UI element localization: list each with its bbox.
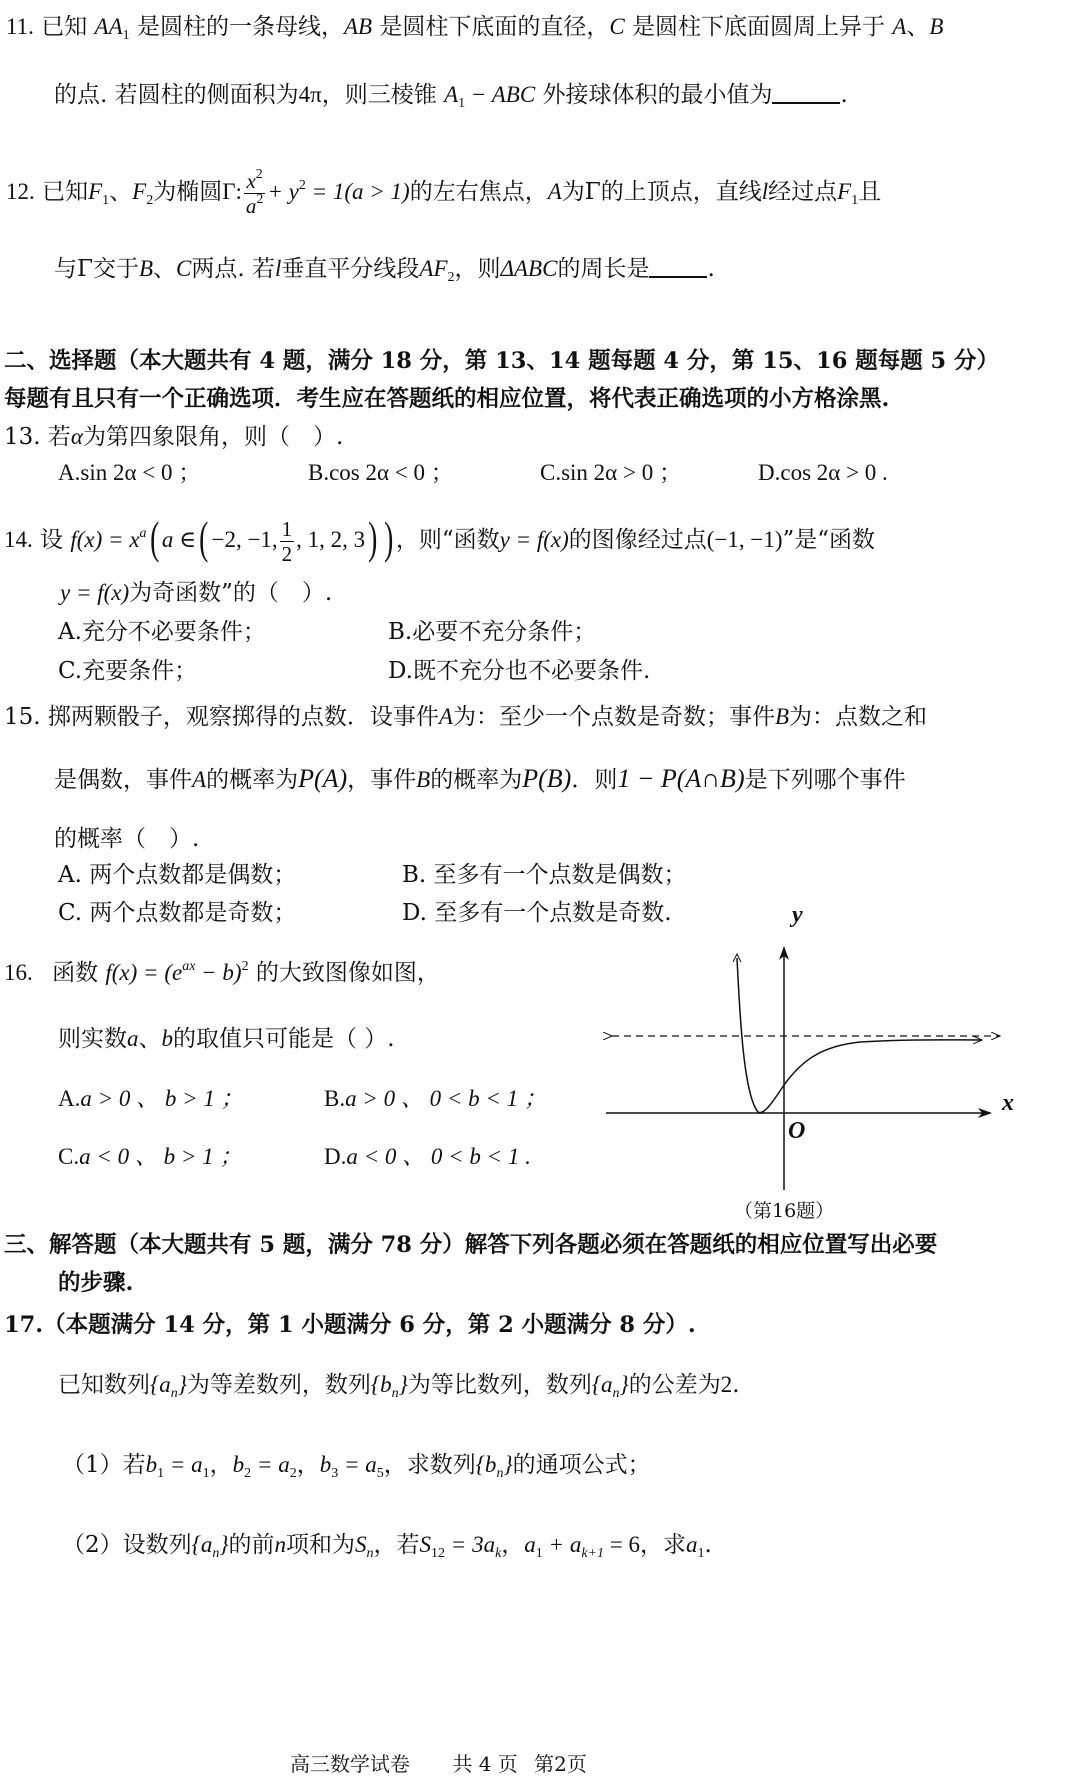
exam-title: 高三数学试卷 [290, 1752, 410, 1776]
q13-option-a[interactable]: A.sin 2α < 0 ； [58, 458, 201, 488]
answer-blank[interactable] [772, 80, 840, 104]
q15-line2: 是偶数，事件A的概率为P(A)，事件B的概率为P(B)．则1 − P(A∩B)是… [54, 764, 906, 795]
math-b: b [320, 1452, 332, 1477]
text: ”是“函数 [783, 527, 876, 553]
math-B: B [416, 767, 430, 792]
subscript: n [613, 1386, 620, 1401]
text: 则实数 [58, 1026, 127, 1052]
function-curve [737, 958, 982, 1113]
subscript: 1 [536, 1546, 543, 1561]
math-gamma: Γ [222, 179, 235, 204]
math-a: a [524, 1532, 536, 1557]
text: 15. 掷两颗骰子，观察掷得的点数．设事件 [4, 704, 439, 730]
q12-line1: 12. 已知F1、F2为椭圆Γ:x2a2+ y2 = 1(a > 1)的左右焦点… [6, 162, 881, 222]
origin-label: O [788, 1118, 805, 1145]
option-text: 必要不充分条件； [412, 619, 596, 645]
math-set: a ∈ [162, 527, 196, 552]
q12-line2: 与Γ交于B、C两点. 若l垂直平分线段AF2，则ΔABC的周长是. [54, 254, 715, 284]
superscript: 2 [299, 178, 306, 193]
option-text: sin 2α < 0 ； [80, 460, 201, 485]
denominator: 2 [280, 541, 295, 566]
text: : [235, 179, 241, 204]
math-AF: AF [419, 256, 447, 281]
math-a: = a [164, 1452, 203, 1477]
text: 为：点数之和 [789, 704, 927, 730]
text: . [707, 256, 714, 282]
option-label: D. [324, 1144, 346, 1169]
math-x: x [246, 169, 255, 193]
math-a: a [686, 1532, 698, 1557]
math-F: F [837, 179, 851, 204]
question-number: 14. [4, 527, 33, 552]
math-A: A [548, 179, 562, 204]
math-1-PAB: 1 − P(A∩B) [617, 764, 744, 793]
superscript: 2 [256, 167, 263, 182]
math-brace: } [219, 1532, 228, 1557]
q14-option-b[interactable]: B.必要不充分条件； [388, 617, 596, 647]
q15-line3: 的概率（ ）. [54, 824, 199, 854]
text: （1）若 [62, 1452, 146, 1478]
text: 的前 [229, 1532, 275, 1558]
text: 两点. 若 [191, 256, 275, 282]
y-axis-label: y [792, 902, 803, 929]
text: 为椭圆 [153, 179, 222, 205]
math-point: (−1, −1) [707, 527, 783, 552]
text: 的左右焦点， [410, 179, 548, 205]
text: 函数 [52, 960, 98, 986]
q13-option-d[interactable]: D.cos 2α > 0 . [758, 458, 888, 488]
q15-option-c[interactable]: C. 两个点数都是奇数； [58, 898, 296, 928]
math-a: a [127, 1026, 139, 1051]
math-b: b [162, 1026, 174, 1051]
page-footer: 高三数学试卷 共 4 页 第2页 [290, 1748, 623, 1777]
text: （2）设数列 [62, 1532, 192, 1558]
math-n: n [275, 1532, 287, 1557]
section2-instructions: 每题有且只有一个正确选项．考生应在答题纸的相应位置，将代表正确选项的小方格涂黑. [4, 384, 889, 414]
text: 为等比数列，数列 [408, 1372, 592, 1398]
x-axis-label: x [1002, 1090, 1014, 1117]
math-C: C [176, 256, 191, 281]
q17-part1: （1）若b1 = a1，b2 = a2，b3 = a5，求数列{bn}的通项公式… [62, 1450, 651, 1480]
math-B: B [775, 704, 789, 729]
text: 是圆柱下底面的直径， [372, 14, 609, 40]
text: 、 [906, 14, 929, 40]
numerator: 1 [280, 517, 295, 541]
function-graph [590, 900, 1030, 1240]
text: 已知 [42, 179, 88, 205]
q14-option-d[interactable]: D.既不充分也不必要条件. [388, 656, 650, 686]
text: . [704, 1532, 711, 1558]
q14-option-a[interactable]: A.充分不必要条件； [58, 617, 266, 647]
math-seq-b: {b [476, 1452, 497, 1477]
math-F: F [88, 179, 102, 204]
math-seq-a: {a [150, 1372, 171, 1397]
q11-line2: 的点. 若圆柱的侧面积为4π，则三棱锥 A1 − ABC 外接球体积的最小值为. [54, 80, 848, 110]
subscript: n [171, 1386, 178, 1401]
text: 、 [139, 1026, 162, 1052]
subscript: 2 [448, 270, 455, 285]
text: 为：至少一个点数是奇数；事件 [453, 704, 775, 730]
text: 的取值只可能是（ ）. [173, 1026, 395, 1052]
q14-line2: y = f(x)为奇函数”的（ ）. [60, 578, 332, 608]
superscript: 2 [256, 192, 263, 207]
text: ， [501, 1532, 524, 1558]
text: 外接球体积的最小值为 [535, 82, 772, 108]
math-S: S [355, 1532, 367, 1557]
fraction: x2a2 [244, 169, 266, 218]
text: 的周长是 [557, 256, 649, 282]
math-function: f(x) = (e [105, 960, 182, 985]
q13-option-c[interactable]: C.sin 2α > 0 ； [540, 458, 682, 488]
numerator: x2 [244, 169, 264, 193]
q14-option-c[interactable]: C.充要条件； [58, 656, 197, 686]
text: 的大致图像如图， [256, 960, 440, 986]
paren-open: ( [150, 523, 159, 553]
q14-line1: 14. 设 f(x) = xa(a ∈(−2, −1,12, 1, 2, 3))… [4, 512, 875, 568]
q17-header: 17.（本题满分 14 分，第 1 小题满分 6 分，第 2 小题满分 8 分）… [4, 1310, 696, 1340]
option-label: B. [324, 1086, 345, 1111]
section3-title-cont: 的步骤. [58, 1268, 133, 1298]
text: 项和为 [286, 1532, 355, 1558]
math-seq-a: {a [192, 1532, 213, 1557]
q16-line1: 16. 函数 f(x) = (eax − b)2 的大致图像如图， [4, 958, 440, 988]
math-AA: AA [95, 14, 123, 39]
math-a: a [246, 194, 257, 218]
math-alpha: α [71, 424, 83, 449]
superscript: a [140, 526, 147, 541]
text: 经过点 [768, 179, 837, 205]
math-brace: } [399, 1372, 408, 1397]
q15-option-a[interactable]: A. 两个点数都是偶数； [58, 860, 296, 890]
text: 且 [858, 179, 881, 205]
text: 的概率为 [430, 767, 522, 793]
option-label: A. [58, 1086, 80, 1111]
text: ，事件 [347, 767, 416, 793]
option-label: D. [388, 658, 413, 684]
text: 设 [40, 527, 63, 553]
text: ，求 [640, 1532, 686, 1558]
math-A: A [892, 14, 906, 39]
figure-caption: （第16题） [734, 1196, 834, 1223]
math-6: = 6 [604, 1532, 640, 1557]
option-label: A. [58, 862, 82, 888]
math-PA: P(A) [298, 764, 347, 793]
option-text: a < 0 、 0 < b < 1 . [346, 1144, 531, 1169]
subscript: 12 [431, 1546, 445, 1561]
math-S: S [420, 1532, 432, 1557]
math-a: = a [251, 1452, 290, 1477]
option-label: B. [402, 862, 426, 888]
math-condition: = 1(a > 1) [306, 179, 410, 204]
option-label: C. [540, 460, 561, 485]
math-a: = a [338, 1452, 377, 1477]
text: 的点. 若圆柱的侧面积为 [54, 82, 299, 108]
math-B: B [929, 14, 943, 39]
text: 为奇函数”的（ ）. [129, 580, 332, 606]
math-function-tail: − b) [195, 960, 241, 985]
option-label: A. [58, 460, 80, 485]
q16-option-d[interactable]: D.a < 0 、 0 < b < 1 . [324, 1142, 531, 1172]
math-b: b [146, 1452, 158, 1477]
math-set-values: −2, −1, [211, 527, 277, 552]
subscript: n [392, 1386, 399, 1401]
text: 、 [109, 179, 132, 205]
text: 是偶数，事件 [54, 767, 192, 793]
text: ．则 [571, 767, 617, 793]
option-text: 充分不必要条件； [82, 619, 266, 645]
q16-option-b[interactable]: B.a > 0 、 0 < b < 1 ； [324, 1084, 547, 1114]
math-b: b [233, 1452, 245, 1477]
text: ， [297, 1452, 320, 1478]
option-label: C. [58, 1144, 79, 1169]
math-a: + a [543, 1532, 582, 1557]
option-text: cos 2α < 0 ； [329, 460, 454, 485]
question-number: 11. [6, 14, 34, 39]
option-text: 既不充分也不必要条件. [413, 658, 650, 684]
option-text: a > 0 、 0 < b < 1 ； [345, 1086, 547, 1111]
question-number: 16. [4, 960, 33, 985]
option-label: D. [402, 900, 427, 926]
math-F: F [132, 179, 146, 204]
text: . [732, 1372, 739, 1398]
math-PB: P(B) [522, 764, 571, 793]
math-C: C [609, 14, 624, 39]
text: 为第四象限角，则（ ）. [83, 424, 343, 450]
paren-close: ) [368, 523, 377, 553]
section3-title: 三、解答题（本大题共有 5 题，满分 78 分）解答下列各题必须在答题纸的相应位… [4, 1230, 937, 1260]
math-A: A [192, 767, 206, 792]
text: 与Γ交于 [54, 256, 139, 282]
math-y: + y [267, 179, 298, 204]
text: 是圆柱的一条母线， [130, 14, 344, 40]
text: 的图像经过点 [569, 527, 707, 553]
paren-open: ( [199, 523, 208, 553]
page-number: 第2页 [534, 1752, 587, 1776]
math-function: f(x) = x [70, 527, 139, 552]
option-label: C. [58, 900, 82, 926]
math-seq-a: {a [592, 1372, 613, 1397]
text: 的概率为 [206, 767, 298, 793]
math-triangle-ABC: ΔABC [501, 256, 558, 281]
option-text: 两个点数都是奇数； [82, 900, 296, 926]
text: ，若 [374, 1532, 420, 1558]
math-A: A [439, 704, 453, 729]
option-text: a < 0 、 b > 1 ； [79, 1144, 242, 1169]
math-2: 2 [721, 1372, 733, 1397]
q13-stem: 13. 若α为第四象限角，则（ ）. [4, 422, 343, 452]
option-text: cos 2α > 0 . [780, 460, 887, 485]
option-text: sin 2α > 0 ； [561, 460, 682, 485]
subscript: 2 [290, 1466, 297, 1481]
q13-option-b[interactable]: B.cos 2α < 0 ； [308, 458, 454, 488]
math-seq-b: {b [371, 1372, 392, 1397]
math-set-values: , 1, 2, 3 [296, 527, 365, 552]
text: ，求数列 [384, 1452, 476, 1478]
math-y-fx: y = f(x) [500, 527, 569, 552]
option-text: 至多有一个点数是偶数； [426, 862, 686, 888]
q16-graph-figure: y x O （第16题） [590, 900, 1030, 1240]
paren-close: ) [384, 523, 393, 553]
math-brace: } [620, 1372, 629, 1397]
option-text: 两个点数都是偶数； [82, 862, 296, 888]
q16-line2: 则实数a、b的取值只可能是（ ）. [58, 1024, 395, 1054]
superscript: ax [182, 959, 195, 974]
answer-blank[interactable] [649, 254, 707, 278]
text: ， [210, 1452, 233, 1478]
math-y-fx: y = f(x) [60, 580, 129, 605]
text: 为等差数列，数列 [187, 1372, 371, 1398]
math-A: A [444, 82, 458, 107]
math-brace: } [178, 1372, 187, 1397]
math-brace: } [503, 1452, 512, 1477]
text: 已知数列 [58, 1372, 150, 1398]
math-3a: = 3a [445, 1532, 495, 1557]
q16-option-c[interactable]: C.a < 0 、 b > 1 ； [58, 1142, 242, 1172]
question-number: 12. [6, 179, 35, 204]
math-B: B [139, 256, 153, 281]
text: 垂直平分线段 [281, 256, 419, 282]
text: . [840, 82, 847, 108]
option-label: D. [758, 460, 780, 485]
text: ，则 [455, 256, 501, 282]
section2-title: 二、选择题（本大题共有 4 题，满分 18 分，第 13、14 题每题 4 分，… [4, 346, 999, 376]
text: 是圆柱下底面圆周上异于 [625, 14, 893, 40]
option-text: a > 0 、 b > 1 ； [80, 1086, 243, 1111]
q17-part2: （2）设数列{an}的前n项和为Sn，若S12 = 3ak，a1 + ak+1 … [62, 1530, 712, 1560]
text: ，则三棱锥 [322, 82, 444, 108]
math-ABC: − ABC [465, 82, 535, 107]
q11-line1: 11. 已知 AA1 是圆柱的一条母线，AB 是圆柱下底面的直径，C 是圆柱下底… [6, 12, 943, 42]
text: 为Γ的上顶点，直线 [562, 179, 762, 205]
option-text: 充要条件； [82, 658, 197, 684]
subscript: 1 [203, 1466, 210, 1481]
text: 已知 [41, 14, 94, 40]
text: 13. 若 [4, 424, 71, 450]
subscript: n [367, 1546, 374, 1561]
subscript: 1 [123, 28, 130, 43]
text: 是下列哪个事件 [745, 767, 906, 793]
math-AB: AB [344, 14, 372, 39]
math-4pi: 4π [299, 82, 322, 107]
total-pages: 共 4 页 [452, 1752, 517, 1776]
subscript: 5 [377, 1466, 384, 1481]
text: 的通项公式； [513, 1452, 651, 1478]
q15-option-b[interactable]: B. 至多有一个点数是偶数； [402, 860, 687, 890]
subscript: k+1 [581, 1546, 604, 1561]
q15-line1: 15. 掷两颗骰子，观察掷得的点数．设事件A为：至少一个点数是奇数；事件B为：点… [4, 702, 927, 732]
denominator: a2 [244, 193, 266, 218]
text: 的公差为 [629, 1372, 721, 1398]
option-label: A. [58, 619, 82, 645]
text: 、 [153, 256, 176, 282]
fraction-half: 12 [280, 517, 295, 566]
text: ，则“函数 [396, 527, 500, 553]
option-label: C. [58, 658, 82, 684]
option-label: B. [388, 619, 412, 645]
q17-given: 已知数列{an}为等差数列，数列{bn}为等比数列，数列{an}的公差为2. [58, 1370, 740, 1400]
q16-option-a[interactable]: A.a > 0 、 b > 1 ； [58, 1084, 244, 1114]
superscript: 2 [242, 959, 249, 974]
option-label: B. [308, 460, 329, 485]
